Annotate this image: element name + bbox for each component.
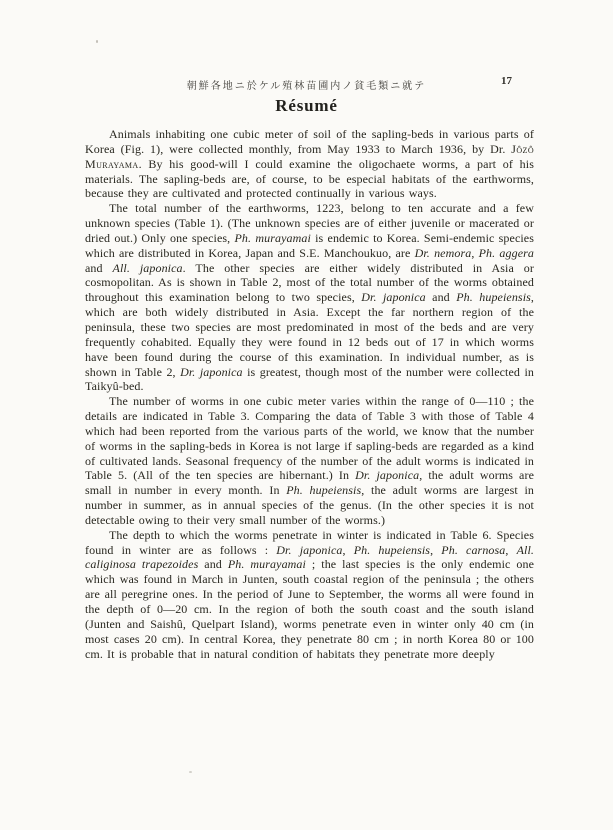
text-run: ; the last species is the only endemic o… <box>85 557 534 660</box>
text-run: Ph. carnosa <box>441 543 505 557</box>
text-run: Dr. japonica <box>180 365 243 379</box>
text-run: Dr. nemora <box>415 246 472 260</box>
text-run: and <box>198 557 227 571</box>
scan-speck <box>189 771 192 773</box>
paragraph: The total number of the earthworms, 1223… <box>85 201 534 394</box>
text-run: Ph. murayamai <box>228 557 306 571</box>
running-header-title: 朝鮮各地ニ於ケル殖林苗圃内ノ貧毛類ニ就テ <box>0 77 613 92</box>
section-heading: Résumé <box>0 96 613 116</box>
text-run: , <box>471 246 478 260</box>
scan-speck <box>96 40 98 43</box>
text-run: Dr. japonica <box>361 290 426 304</box>
text-run: Dr. japonica <box>355 468 419 482</box>
text-run: Ph. hupeiensis <box>286 483 361 497</box>
text-run: Ph. hupeiensis <box>456 290 531 304</box>
text-run: , <box>342 543 353 557</box>
paragraph: Animals inhabiting one cubic meter of so… <box>85 127 534 201</box>
text-run: , <box>430 543 441 557</box>
document-page: 朝鮮各地ニ於ケル殖林苗圃内ノ貧毛類ニ就テ 17 Résumé Animals i… <box>0 0 613 830</box>
paragraph: The number of worms in one cubic meter v… <box>85 394 534 528</box>
text-run: Ph. hupeiensis <box>354 543 430 557</box>
resume-body: Animals inhabiting one cubic meter of so… <box>85 127 534 661</box>
text-run: Animals inhabiting one cubic meter of so… <box>85 127 534 156</box>
text-run: . By his good-will I could examine the o… <box>85 157 534 201</box>
text-run: Ph. murayamai <box>235 231 311 245</box>
text-run: and <box>426 290 456 304</box>
text-run: All. japonica <box>113 261 183 275</box>
text-run: , <box>505 543 516 557</box>
text-run: and <box>85 261 113 275</box>
page-number: 17 <box>501 75 512 87</box>
paragraph: The depth to which the worms penetrate i… <box>85 528 534 662</box>
text-run: Dr. japonica <box>276 543 342 557</box>
text-run: Ph. aggera <box>479 246 534 260</box>
